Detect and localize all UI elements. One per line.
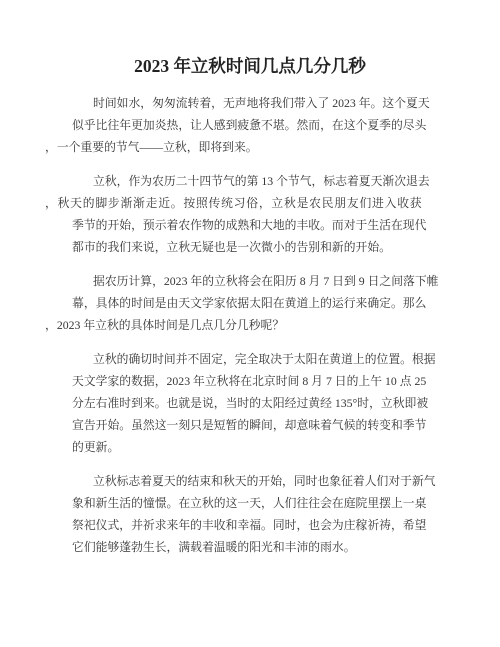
- text-line: 都市的我们来说，立秋无疑也是一次微小的告别和新的开始。: [72, 236, 422, 258]
- text-line: 似乎比往年更加炎热，让人感到疲惫不堪。然而，在这个夏季的尽头: [72, 114, 422, 136]
- text-line: 幕，具体的时间是由天文学家依据太阳在黄道上的运行来确定。那么: [72, 292, 422, 314]
- paragraph: 立秋的确切时间并不固定，完全取决于太阳在黄道上的位置。根据天文学家的数据，202…: [72, 348, 422, 458]
- text-line: 季节的开始，预示着农作物的成熟和大地的丰收。而对于生活在现代: [72, 214, 422, 236]
- text-line: 立秋的确切时间并不固定，完全取决于太阳在黄道上的位置。根据: [72, 348, 422, 370]
- document-page: 2023 年立秋时间几点几分几秒 时间如水，匆匆流转着，无声地将我们带入了 20…: [0, 0, 500, 647]
- text-line: 它们能够蓬勃生长，满载着温暖的阳光和丰沛的雨水。: [72, 536, 422, 558]
- paragraph: 立秋标志着夏天的结束和秋天的开始，同时也象征着人们对于新气象和新生活的憧憬。在立…: [72, 470, 422, 558]
- text-line: 的更新。: [72, 436, 422, 458]
- text-line: 象和新生活的憧憬。在立秋的这一天，人们往往会在庭院里摆上一桌: [72, 492, 422, 514]
- document-title: 2023 年立秋时间几点几分几秒: [0, 55, 500, 77]
- text-line: ，2023 年立秋的具体时间是几点几分几秒呢？: [45, 314, 422, 336]
- text-line: 立秋标志着夏天的结束和秋天的开始，同时也象征着人们对于新气: [72, 470, 422, 492]
- document-body: 时间如水，匆匆流转着，无声地将我们带入了 2023 年。这个夏天似乎比往年更加炎…: [72, 92, 422, 558]
- paragraph: 立秋，作为农历二十四节气的第 13 个节气，标志着夏天渐次退去，秋天的脚步渐渐走…: [72, 170, 422, 258]
- text-line: 据农历计算，2023 年的立秋将会在阳历 8 月 7 日到 9 日之间落下帷: [72, 270, 422, 292]
- text-line: ，秋天的脚步渐渐走近。按照传统习俗，立秋是农民朋友们进入收获: [45, 192, 422, 214]
- paragraph: 据农历计算，2023 年的立秋将会在阳历 8 月 7 日到 9 日之间落下帷幕，…: [72, 270, 422, 336]
- text-line: 祭祀仪式，并祈求来年的丰收和幸福。同时，也会为庄稼祈祷，希望: [72, 514, 422, 536]
- text-line: 立秋，作为农历二十四节气的第 13 个节气，标志着夏天渐次退去: [72, 170, 422, 192]
- text-line: 时间如水，匆匆流转着，无声地将我们带入了 2023 年。这个夏天: [72, 92, 422, 114]
- text-line: ，一个重要的节气——立秋，即将到来。: [45, 136, 422, 158]
- text-line: 分左右准时到来。也就是说，当时的太阳经过黄经 135°时，立秋即被: [72, 392, 422, 414]
- paragraph: 时间如水，匆匆流转着，无声地将我们带入了 2023 年。这个夏天似乎比往年更加炎…: [72, 92, 422, 158]
- text-line: 天文学家的数据，2023 年立秋将在北京时间 8 月 7 日的上午 10 点 2…: [72, 370, 422, 392]
- text-line: 宣告开始。虽然这一刻只是短暂的瞬间，却意味着气候的转变和季节: [72, 414, 422, 436]
